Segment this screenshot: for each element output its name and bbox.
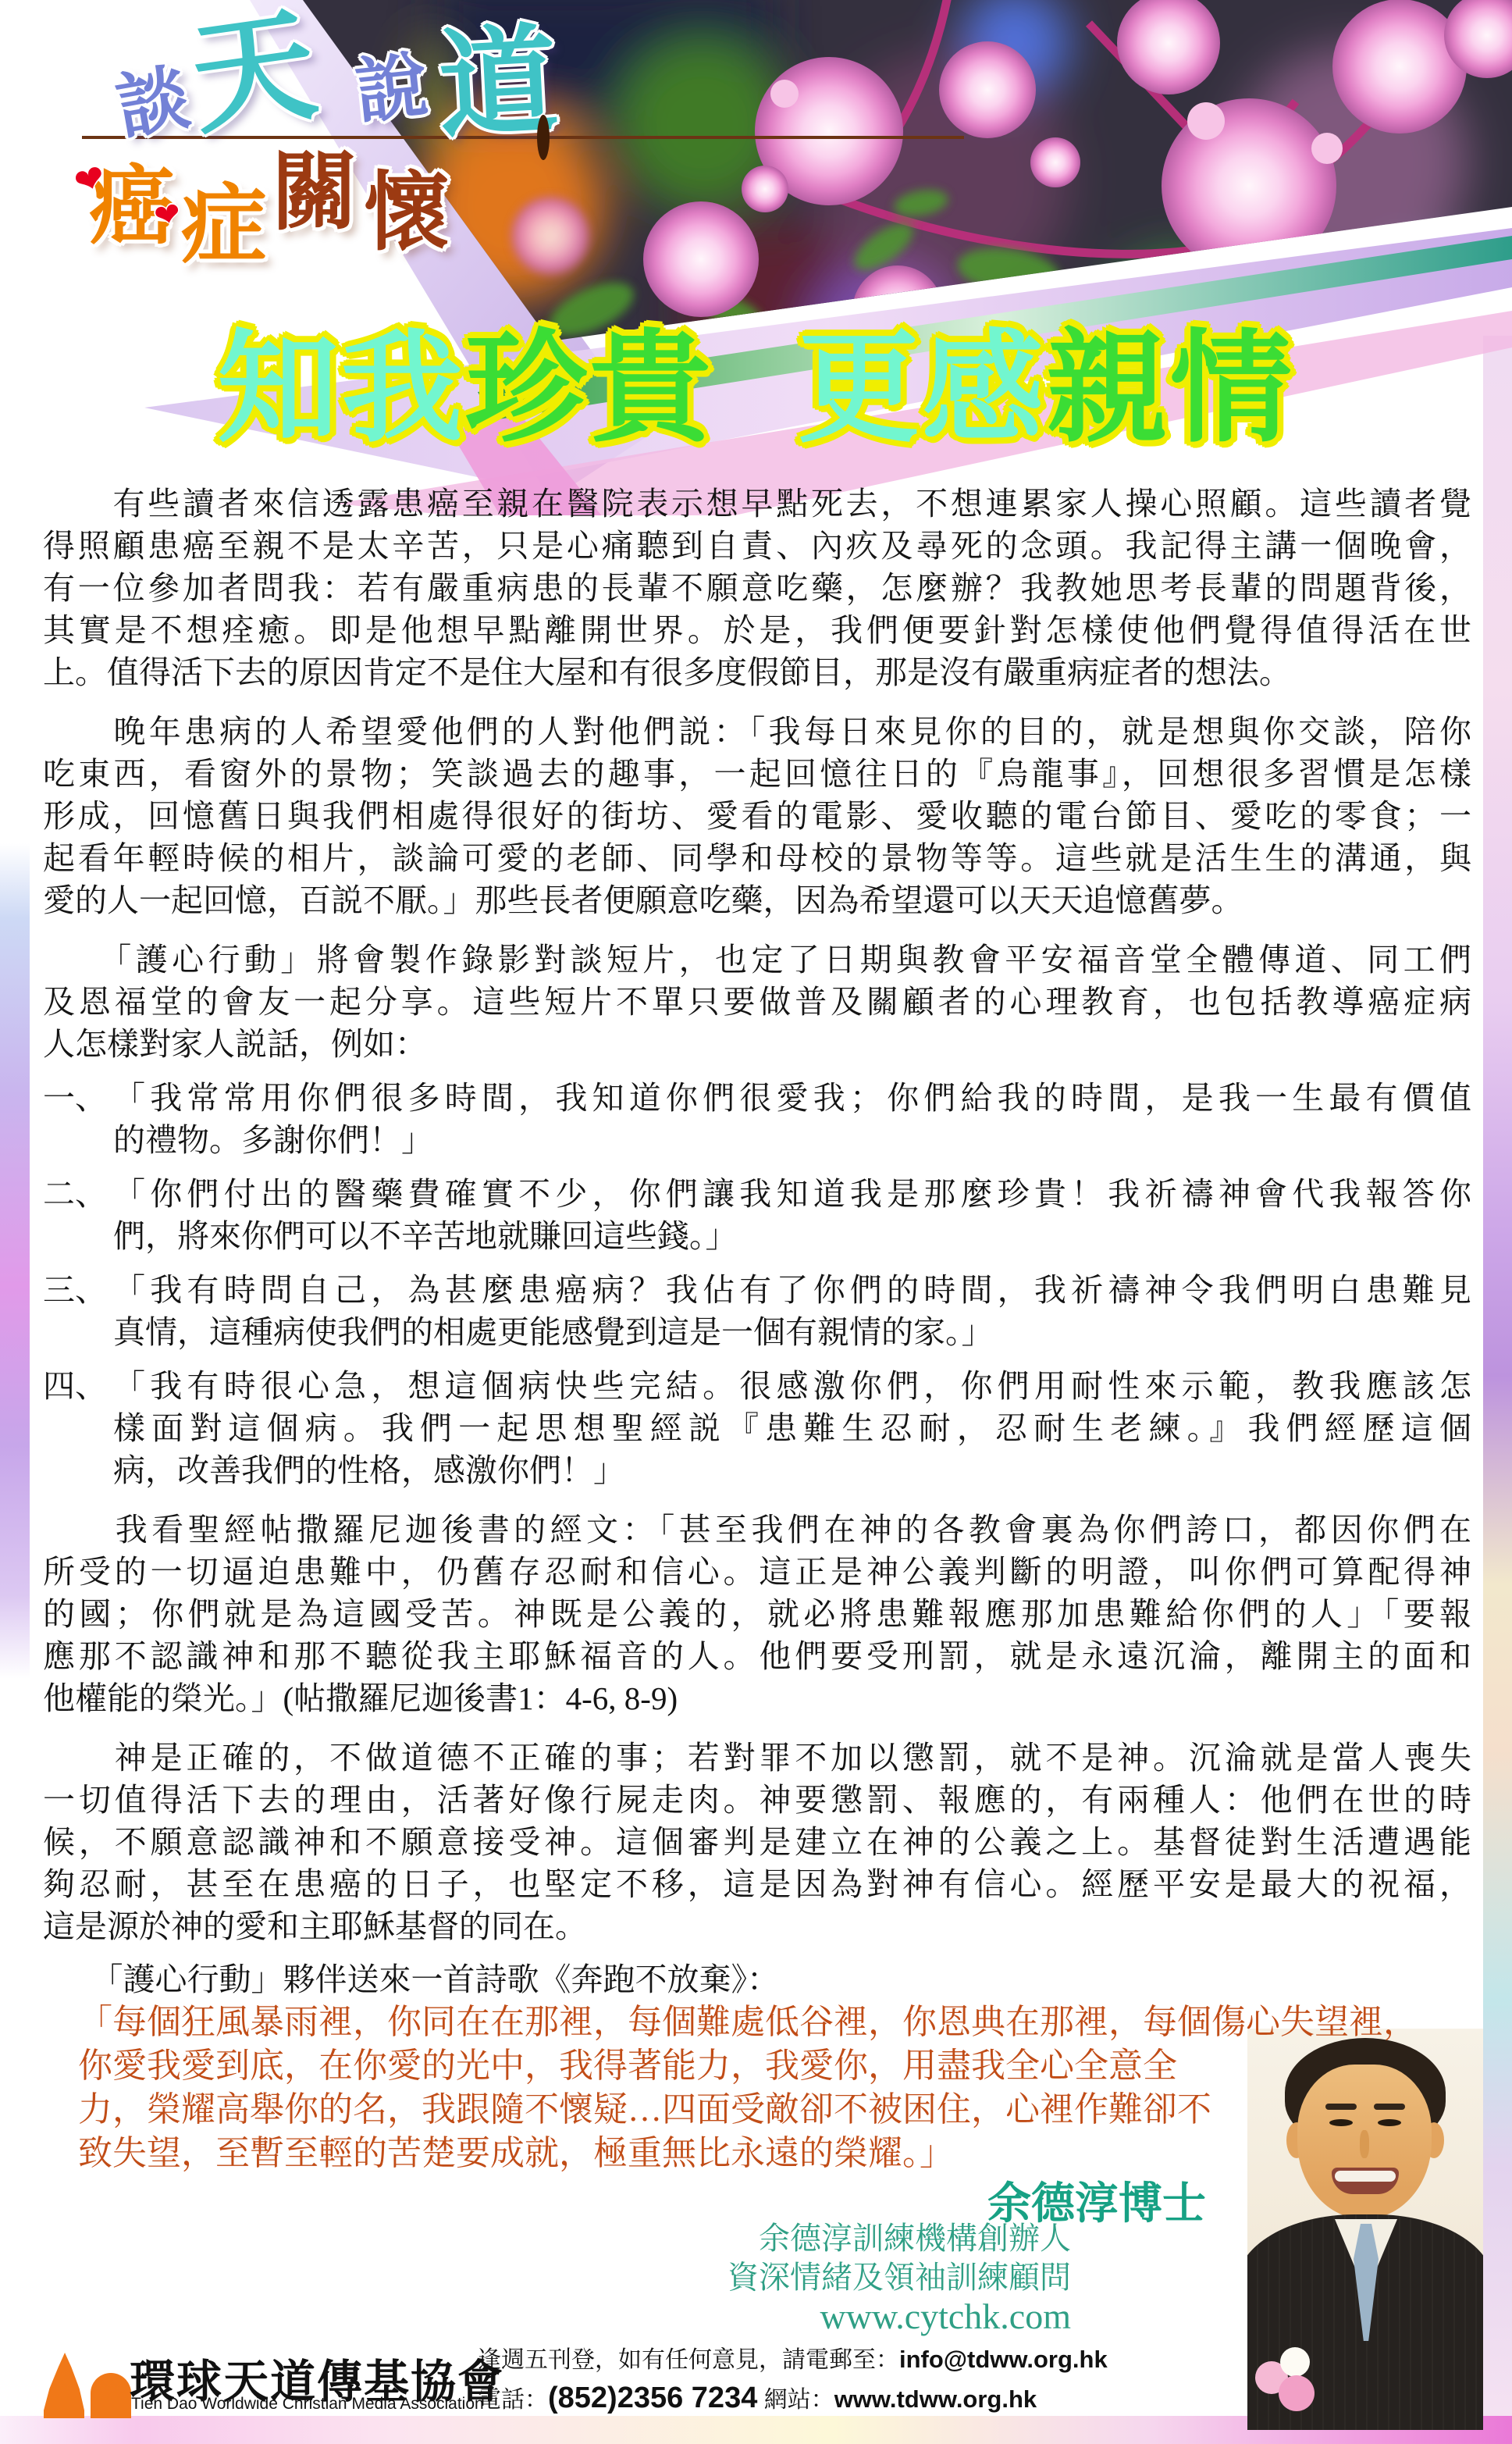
title-char: 天 bbox=[184, 5, 323, 144]
text-line: 有一位參加者問我：若有嚴重病患的長輩不願意吃藥，怎麼辦？我教她思考長輩的問題背後… bbox=[43, 567, 1471, 609]
footer-contact-line1: 逢週五刊登，如有任何意見，請電郵至：info@tdww.org.hk bbox=[478, 2340, 1108, 2379]
poster-page: 談天說道 癌症關懷 ❤ ❤ 知我珍貴更感親情 有些讀者來信透露患癌至親在醫院表示… bbox=[0, 0, 1512, 2444]
text-line: 應那不認識神和那不聽從我主耶穌福音的人。他們要受刑罰，就是永遠沉淪，離開主的面和 bbox=[43, 1635, 1471, 1677]
text-line: 起看年輕時候的相片，談論可愛的老師、同學和母校的景物等等。這些就是活生生的溝通，… bbox=[43, 837, 1471, 879]
text-line: 你愛我愛到底，在你愛的光中，我得著能力，我愛你，用盡我全心全意全 bbox=[78, 2044, 1471, 2088]
text-line: 們，將來你們可以不辛苦地就賺回這些錢。」 bbox=[113, 1215, 1471, 1257]
list-item-1: 一、 「我常常用你們很多時間，我知道你們很愛我；你們給我的時間，是我一生最有價值… bbox=[43, 1077, 1471, 1161]
text-line: 「每個狂風暴雨裡，你同在在那裡，每個難處低谷裡，你恩典在那裡，每個傷心失望裡， bbox=[78, 2000, 1471, 2044]
text-line: 真情，這種病使我們的相處更能感覺到這是一個有親情的家。」 bbox=[113, 1311, 1471, 1353]
author-credit-line: 余德淳訓練機構創辦人 bbox=[728, 2219, 1071, 2258]
heart-icon: ❤ bbox=[151, 198, 183, 233]
text-line: 夠忍耐，甚至在患癌的日子，也堅定不移，這是因為對神有信心。經歷平安是最大的祝福， bbox=[43, 1863, 1471, 1905]
footer-phone: (852)2356 7234 bbox=[548, 2382, 757, 2414]
title-char: 親 bbox=[1046, 328, 1168, 450]
text-line: 有些讀者來信透露患癌至親在醫院表示想早點死去，不想連累家人操心照顧。這些讀者覺 bbox=[43, 483, 1471, 525]
title-char: 關 bbox=[272, 150, 358, 236]
title-char: 珍 bbox=[465, 328, 587, 450]
title-char: 知 bbox=[217, 328, 339, 450]
title-char: 感 bbox=[922, 328, 1044, 450]
list-item-4: 四、 「我有時很心急，想這個病快些完結。很感激你們，你們用耐性來示範，教我應該怎… bbox=[43, 1365, 1471, 1491]
list-item-2: 二、 「你們付出的醫藥費確實不少，你們讓我知道我是那麼珍貴！我祈禱神會代我報答你… bbox=[43, 1173, 1471, 1257]
list-number: 四、 bbox=[43, 1365, 107, 1407]
author-website-link[interactable]: www.cytchk.com bbox=[820, 2296, 1071, 2337]
text-line: 及恩福堂的會友一起分享。這些短片不單只要做普及關顧者的心理教育，也包括教導癌症病 bbox=[43, 981, 1471, 1023]
text-line: 病，改善我們的性格，感激你們！」 bbox=[113, 1449, 1471, 1491]
text-line: 形成，回憶舊日與我們相處得很好的街坊、愛看的電影、愛收聽的電台節目、愛吃的零食；… bbox=[43, 795, 1471, 837]
text-line: 所受的一切逼迫患難中，仍舊存忍耐和信心。這正是神公義判斷的明證，叫你們可算配得神 bbox=[43, 1551, 1471, 1593]
text-line: 的國；你們就是為這國受苦。神既是公義的，就必將患難報應那加患難給你們的人」「要報 bbox=[43, 1593, 1471, 1635]
title-char: 我 bbox=[341, 328, 463, 450]
author-credits: 余德淳訓練機構創辦人 資深情緒及領袖訓練顧問 bbox=[728, 2219, 1071, 2297]
list-number: 一、 bbox=[43, 1077, 107, 1119]
organization-name-english: Tien Dao Worldwide Christian Media Assoc… bbox=[131, 2395, 484, 2414]
footer: 環球天道傳基協會 Tien Dao Worldwide Christian Me… bbox=[0, 2339, 1512, 2417]
right-gradient-strip bbox=[1483, 336, 1512, 2417]
text-line: 他權能的榮光。」(帖撒羅尼迦後書1：4-6, 8-9) bbox=[43, 1677, 1471, 1719]
text-line: 一切值得活下去的理由，活著好像行屍走肉。神要懲罰、報應的，有兩種人：他們在世的時 bbox=[43, 1779, 1471, 1821]
title-char: 更 bbox=[798, 328, 920, 450]
text-line: 致失望，至暫至輕的苦楚要成就，極重無比永遠的榮耀。」 bbox=[78, 2132, 1471, 2175]
footer-email-link[interactable]: info@tdww.org.hk bbox=[899, 2346, 1108, 2373]
text-line: 「你們付出的醫藥費確實不少，你們讓我知道我是那麼珍貴！我祈禱神會代我報答你 bbox=[113, 1173, 1471, 1215]
text-line: 晚年患病的人希望愛他們的人對他們説：「我每日來見你的目的，就是想與你交談，陪你 bbox=[43, 711, 1471, 753]
text-line: 這是源於神的愛和主耶穌基督的同在。 bbox=[43, 1905, 1471, 1947]
paragraph-2: 晚年患病的人希望愛他們的人對他們説：「我每日來見你的目的，就是想與你交談，陪你吃… bbox=[43, 711, 1471, 921]
footer-website-link[interactable]: www.tdww.org.hk bbox=[834, 2385, 1037, 2413]
song-quote: 「每個狂風暴雨裡，你同在在那裡，每個難處低谷裡，你恩典在那裡，每個傷心失望裡，你… bbox=[43, 2000, 1471, 2175]
text-line: 上。值得活下去的原因肯定不是住大屋和有很多度假節目，那是沒有嚴重病症者的想法。 bbox=[43, 651, 1471, 693]
text-line: 人怎樣對家人説話，例如： bbox=[43, 1023, 1471, 1065]
song-intro: 「護心行動」夥伴送來一首詩歌《奔跑不放棄》： bbox=[43, 1958, 1471, 2000]
title-char: 情 bbox=[1170, 328, 1292, 450]
title-char: 說 bbox=[352, 49, 431, 128]
paragraph-scripture: 我看聖經帖撒羅尼迦後書的經文：「甚至我們在神的各教會裏為你們誇口，都因你們在所受… bbox=[43, 1509, 1471, 1719]
article-body: 有些讀者來信透露患癌至親在醫院表示想早點死去，不想連累家人操心照顧。這些讀者覺得… bbox=[43, 483, 1471, 2175]
footer-contact-line2: 電話：(852)2356 7234 網站：www.tdww.org.hk bbox=[478, 2379, 1108, 2419]
text-line: 得照顧患癌至親不是太辛苦，只是心痛聽到自責、內疚及尋死的念頭。我記得主講一個晚會… bbox=[43, 525, 1471, 567]
text-line: 「我有時問自己，為甚麼患癌病？我佔有了你們的時間，我祈禱神令我們明白患難見 bbox=[113, 1269, 1471, 1311]
text-line: 的禮物。多謝你們！」 bbox=[113, 1119, 1471, 1161]
text-line: 「我有時很心急，想這個病快些完結。很感激你們，你們用耐性來示範，教我應該怎 bbox=[113, 1365, 1471, 1407]
list-item-3: 三、 「我有時問自己，為甚麼患癌病？我佔有了你們的時間，我祈禱神令我們明白患難見… bbox=[43, 1269, 1471, 1353]
text-line: 樣面對這個病。我們一起思想聖經説『患難生忍耐，忍耐生老練。』我們經歷這個 bbox=[113, 1407, 1471, 1449]
title-char: 談 bbox=[112, 62, 195, 145]
author-credit-line: 資深情緒及領袖訓練顧問 bbox=[728, 2258, 1071, 2297]
text-line: 愛的人一起回憶，百説不厭。」那些長者便願意吃藥，因為希望還可以天天追憶舊夢。 bbox=[43, 879, 1471, 921]
paragraph-1: 有些讀者來信透露患癌至親在醫院表示想早點死去，不想連累家人操心照顧。這些讀者覺得… bbox=[43, 483, 1471, 693]
program-logo-cancer-care: 癌症關懷 bbox=[86, 150, 523, 290]
text-line: 「我常常用你們很多時間，我知道你們很愛我；你們給我的時間，是我一生最有價值 bbox=[113, 1077, 1471, 1119]
text-line: 神是正確的，不做道德不正確的事；若對罪不加以懲罰，就不是神。沉淪就是當人喪失 bbox=[43, 1737, 1471, 1779]
list-number: 三、 bbox=[43, 1269, 107, 1311]
title-char: 症 bbox=[181, 183, 267, 269]
footer-contact: 逢週五刊登，如有任何意見，請電郵至：info@tdww.org.hk 電話：(8… bbox=[478, 2340, 1108, 2419]
title-char: 貴 bbox=[589, 328, 711, 450]
text-line: 吃東西，看窗外的景物；笑談過去的趣事，一起回憶往日的『烏龍事』，回想很多習慣是怎… bbox=[43, 753, 1471, 795]
text-line: 「護心行動」將會製作錄影對談短片，也定了日期與教會平安福音堂全體傳道、同工們 bbox=[43, 939, 1471, 981]
list-number: 二、 bbox=[43, 1173, 107, 1215]
page-title: 知我珍貴更感親情 bbox=[217, 328, 1294, 450]
paragraph-3: 「護心行動」將會製作錄影對談短片，也定了日期與教會平安福音堂全體傳道、同工們及恩… bbox=[43, 939, 1471, 1065]
title-char: 懷 bbox=[364, 170, 450, 256]
logo-diamond-ornament bbox=[537, 115, 550, 160]
left-gradient-strip bbox=[0, 843, 30, 1679]
text-line: 其實是不想痊癒。即是他想早點離開世界。於是，我們便要針對怎樣使他們覺得值得活在世 bbox=[43, 609, 1471, 651]
text-line: 候，不願意認識神和不願意接受神。這個審判是建立在神的公義之上。基督徒對生活遭遇能 bbox=[43, 1821, 1471, 1863]
text-line: 我看聖經帖撒羅尼迦後書的經文：「甚至我們在神的各教會裏為你們誇口，都因你們在 bbox=[43, 1509, 1471, 1551]
text-line: 力，榮耀高舉你的名，我跟隨不懷疑…四面受敵卻不被困住，心裡作難卻不 bbox=[78, 2088, 1471, 2132]
paragraph-reflection: 神是正確的，不做道德不正確的事；若對罪不加以懲罰，就不是神。沉淪就是當人喪失一切… bbox=[43, 1737, 1471, 1947]
